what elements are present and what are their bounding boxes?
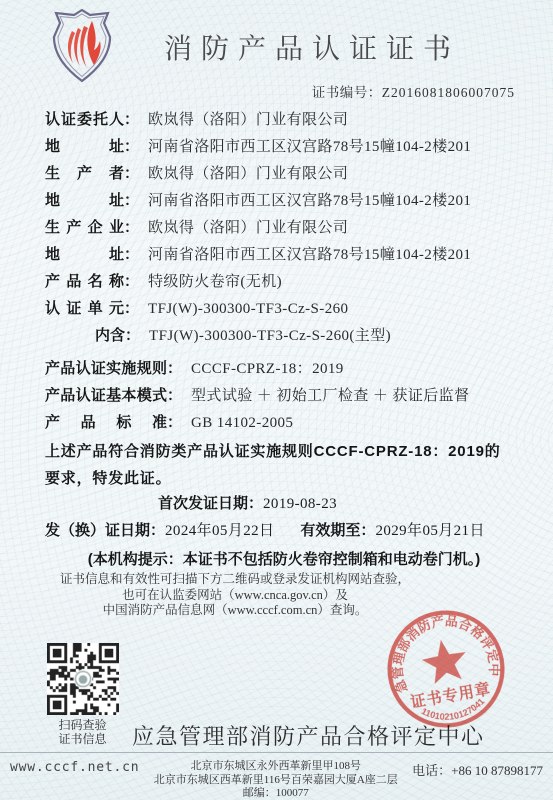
- colon: ：: [124, 162, 139, 183]
- field-manufacturer: 生产企业：欧岚得（洛阳）门业有限公司: [45, 216, 523, 243]
- field-product-name: 产品名称：特级防火卷帘(无机): [45, 270, 523, 297]
- footer-phone: 电话：+86 10 87898177: [412, 760, 543, 779]
- field-value: GB 14102-2005: [191, 415, 293, 432]
- valid-until-label: 有效期至：: [300, 519, 375, 540]
- field-value: 欧岚得（洛阳）门业有限公司: [148, 162, 348, 183]
- colon: ：: [124, 216, 139, 237]
- reissue-date-value: 2024年05月22日: [165, 519, 274, 540]
- footer-postal-code: 邮编：100077: [154, 787, 398, 800]
- footer-address-line: 北京市东城区西革新里116号百荣嘉园大厦A座二层: [154, 774, 398, 788]
- colon: ：: [167, 357, 182, 378]
- colon: ：: [124, 243, 139, 264]
- official-seal: 应急管理部消防产品合格评定中心 证书专用章 11010210127041: [373, 596, 519, 742]
- field-producer-address: 地址：河南省洛阳市西工区汉宫路78号15幢104-2楼201: [45, 189, 523, 216]
- field-value: 河南省洛阳市西工区汉宫路78号15幢104-2楼201: [148, 243, 471, 264]
- footer-address-line: 北京市东城区永外西革新里甲108号: [154, 760, 398, 774]
- reissue-date-label: 发（换）证日期：: [45, 519, 165, 540]
- field-value: 型式试验 ＋ 初始工厂检查 ＋ 获证后监督: [191, 384, 469, 405]
- field-value: TFJ(W)-300300-TF3-Cz-S-260(主型): [149, 324, 391, 345]
- field-label: 认证委托人: [45, 108, 124, 129]
- field-label: 产品认证基本模式: [45, 384, 167, 405]
- field-applicant: 认证委托人：欧岚得（洛阳）门业有限公司: [45, 108, 523, 135]
- field-certification-unit: 认证单元：TFJ(W)-300300-TF3-Cz-S-260: [45, 297, 523, 324]
- field-included-model: 内含：TFJ(W)-300300-TF3-Cz-S-260(主型): [95, 324, 523, 351]
- colon: ：: [124, 189, 139, 210]
- qr-caption-line: 扫码查验: [45, 718, 120, 732]
- field-value: TFJ(W)-300300-TF3-Cz-S-260: [148, 301, 348, 318]
- colon: ：: [167, 384, 182, 405]
- first-issue-date: 首次发证日期：2019-08-23: [158, 492, 523, 519]
- field-product-standard: 产品标准：GB 14102-2005: [45, 411, 523, 438]
- field-value: 特级防火卷帘(无机): [148, 270, 282, 291]
- footer-website: www.cccf.net.cn: [10, 760, 139, 775]
- certificate-number-label: 证书编号：: [312, 85, 382, 100]
- colon: ：: [125, 324, 140, 345]
- field-label: 生产者: [45, 162, 124, 183]
- field-label: 首次发证日期：: [158, 492, 263, 513]
- certificate-number: 证书编号：Z2016081806007075: [312, 81, 515, 101]
- field-label: 地址: [45, 189, 124, 210]
- field-value: 2019-08-23: [263, 496, 337, 513]
- field-value: 欧岚得（洛阳）门业有限公司: [148, 108, 348, 129]
- field-label: 产品标准: [45, 411, 167, 432]
- seal-star: [419, 636, 470, 685]
- certificate-fields: 认证委托人：欧岚得（洛阳）门业有限公司 地址：河南省洛阳市西工区汉宫路78号15…: [45, 108, 523, 619]
- certificate-number-value: Z2016081806007075: [382, 85, 515, 100]
- qr-code-block: 扫码查验 证书信息: [45, 643, 120, 746]
- field-label: 产品名称: [45, 270, 124, 291]
- valid-until-value: 2029年05月21日: [375, 519, 484, 540]
- qr-caption: 扫码查验 证书信息: [45, 718, 120, 746]
- footer-divider: [0, 752, 553, 753]
- field-certification-mode: 产品认证基本模式：型式试验 ＋ 初始工厂检查 ＋ 获证后监督: [45, 384, 523, 411]
- fire-shield-logo: [50, 7, 114, 85]
- field-value: 欧岚得（洛阳）门业有限公司: [148, 216, 348, 237]
- field-value: CCCF-CPRZ-18：2019: [191, 357, 344, 378]
- certificate-page: 消防产品认证证书 证书编号：Z2016081806007075 认证委托人：欧岚…: [0, 0, 553, 800]
- field-value: 河南省洛阳市西工区汉宫路78号15幢104-2楼201: [148, 135, 471, 156]
- conformity-statement: 上述产品符合消防类产品认证实施规则CCCF-CPRZ-18：2019的要求，特发…: [45, 438, 515, 492]
- colon: ：: [167, 411, 182, 432]
- footer-address: 北京市东城区永外西革新里甲108号 北京市东城区西革新里116号百荣嘉园大厦A座…: [154, 760, 398, 800]
- field-label: 地址: [45, 243, 124, 264]
- verification-line: 证书信息和有效性可扫描下方二维码或登录发证机构网站查验，: [45, 572, 425, 588]
- certificate-title: 消防产品认证证书: [164, 27, 460, 67]
- field-certification-rule: 产品认证实施规则：CCCF-CPRZ-18：2019: [45, 357, 523, 384]
- field-manufacturer-address: 地址：河南省洛阳市西工区汉宫路78号15幢104-2楼201: [45, 243, 523, 270]
- colon: ：: [124, 270, 139, 291]
- verification-line: 中国消防产品信息网（www.cccf.com.cn）查询。: [45, 603, 425, 619]
- field-label: 生产企业: [45, 216, 124, 237]
- field-label: 地址: [45, 135, 124, 156]
- verification-line: 也可在认监委网站（www.cnca.gov.cn）及: [45, 588, 425, 604]
- field-applicant-address: 地址：河南省洛阳市西工区汉宫路78号15幢104-2楼201: [45, 135, 523, 162]
- field-label: 认证单元: [45, 297, 124, 318]
- qr-code: [47, 643, 119, 715]
- agency-note: (本机构提示：本证书不包括防火卷帘控制箱和电动卷门机。): [45, 548, 523, 569]
- verification-instructions: 证书信息和有效性可扫描下方二维码或登录发证机构网站查验， 也可在认监委网站（ww…: [45, 572, 425, 619]
- reissue-and-validity: 发（换）证日期：2024年05月22日 有效期至：2029年05月21日: [45, 519, 523, 546]
- colon: ：: [124, 297, 139, 318]
- footer: www.cccf.net.cn 北京市东城区永外西革新里甲108号 北京市东城区…: [0, 758, 553, 800]
- colon: ：: [124, 135, 139, 156]
- field-value: 河南省洛阳市西工区汉宫路78号15幢104-2楼201: [148, 189, 471, 210]
- field-label: 内含: [95, 324, 125, 345]
- colon: ：: [124, 108, 139, 129]
- field-label: 产品认证实施规则: [45, 357, 167, 378]
- qr-caption-line: 证书信息: [45, 732, 120, 746]
- field-producer: 生产者：欧岚得（洛阳）门业有限公司: [45, 162, 523, 189]
